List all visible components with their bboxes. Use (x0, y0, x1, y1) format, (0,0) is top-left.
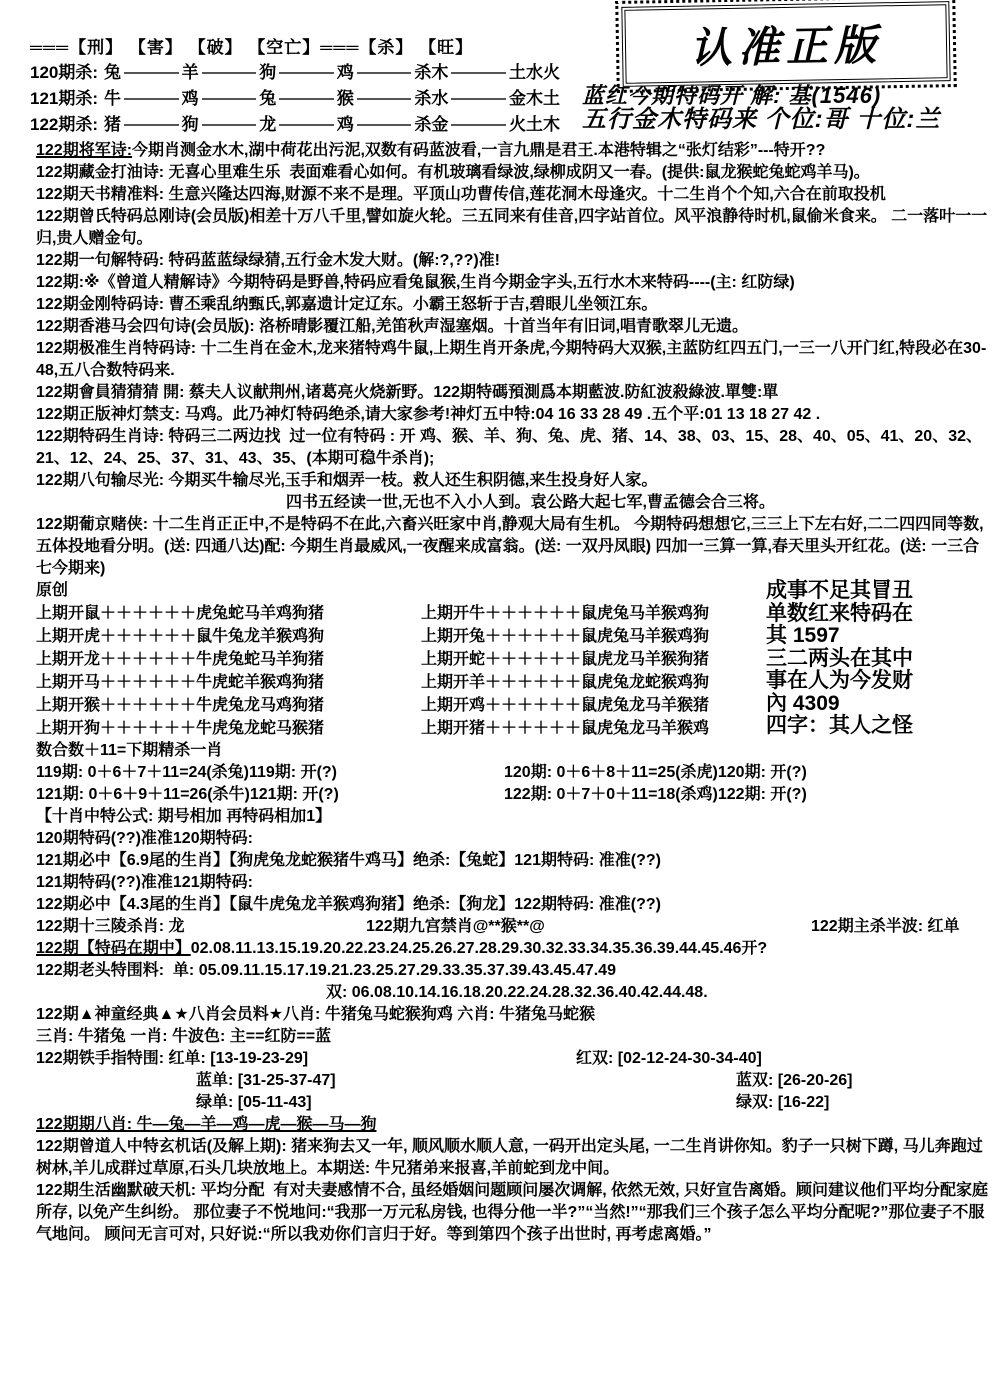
big-hint-line: 事在人为今发财 (766, 670, 990, 693)
baju-line: 122期八句输尽光: 今期买牛输尽光,玉手和烟弄一枝。救人还生积阴德,来生投身好… (36, 470, 990, 492)
life-humor-paragraph: 122期生活幽默破天机: 平均分配 有对夫妻感情不合, 虽经婚姻问题顾问屡次调解… (36, 1180, 990, 1246)
iron-cell: 红双: [02-12-24-30-34-40] (576, 1048, 762, 1070)
open-cell: 上期开马＋＋＋＋＋＋牛虎蛇羊猴鸡狗猪 (36, 671, 421, 694)
rule-line (124, 98, 179, 100)
big-hint-line: 单数红来特码在 (766, 603, 990, 626)
zengdaoren-mystery-paragraph: 122期曾道人中特玄机话(及解上期): 猪来狗去又一年, 顺风顺水顺人意, 一码… (36, 1136, 990, 1180)
kill-item: 狗 (259, 60, 276, 86)
hk-jockey-poem-line: 122期香港马会四句诗(会员版): 洛桥晴影覆江船,羌笛秋声湿塞烟。十首当年有旧… (36, 316, 990, 338)
open-cell: 上期开鸡＋＋＋＋＋＋鼠虎兔龙马羊猴猪 (421, 694, 766, 717)
iron-row: 122期铁手指特围: 红单: [13-19-23-29] 红双: [02-12-… (36, 1048, 990, 1070)
bizhong-122-line: 122期必中【4.3尾的生肖】【鼠牛虎兔龙羊猴鸡狗猪】绝杀:【狗龙】122期特码… (36, 894, 990, 916)
open-cell: 上期开兔＋＋＋＋＋＋鼠虎兔马羊猴鸡狗 (421, 625, 766, 648)
kill-item: 狗 (182, 112, 199, 138)
formula-cell: 119期: 0＋6＋7＋11=24(杀兔)119期: 开(?) (36, 762, 504, 784)
tema-121-line: 121期特码(??)准准121期特码: (36, 872, 990, 894)
kill-item: 金木土 (509, 86, 560, 112)
half-wave-cell: 122期主杀半波: 红单 (811, 916, 959, 938)
jiugong-cell: 122期九宫禁肖@**猴**@ (366, 916, 811, 938)
sum-formula-title: 数合数＋11=下期精杀一肖 (36, 740, 990, 762)
original-label: 原创 (36, 580, 766, 602)
kill-item: 杀水 (414, 86, 448, 112)
shentong-line: 122期▲神童经典▲★八肖会员料★八肖: 牛猪兔马蛇猴狗鸡 六肖: 牛猪兔马蛇猴 (36, 1004, 990, 1026)
tip-sheet-page: ═══【刑】 【害】 【破】 【空亡】═══【杀】 【旺】 120期杀: 兔 羊… (0, 0, 996, 1388)
open-cell: 上期开猴＋＋＋＋＋＋牛虎兔龙马鸡狗猪 (36, 694, 421, 717)
shendeng-line: 122期正版神灯禁支: 马鸡。此乃神灯特码绝杀,请大家参考!神灯五中特:04 1… (36, 404, 990, 426)
kill-row-122: 122期杀: 猪 狗 龙 鸡 杀金 火土木 (30, 112, 560, 138)
kill-item: 牛 (104, 86, 121, 112)
big-hint-line: 內 4309 (766, 693, 990, 716)
iron-cell: 绿双: [16-22] (736, 1092, 829, 1114)
rule-line (202, 124, 257, 126)
tianshu-line: 122期天书精准料: 生意兴隆达四海,财源不来不是理。平顶山功曹传信,莲花洞木母… (36, 184, 990, 206)
ten-xiao-formula-line: 【十肖中特公式: 期号相加 再特码相加1】 (36, 806, 990, 828)
line-prefix: 122期【特码在期中】 (36, 940, 191, 957)
rule-line (451, 72, 506, 74)
jingang-poem-line: 122期金刚特码诗: 曹丕乘乱纳甄氏,郭嘉遗计定辽东。小霸王怒斩于吉,碧眼儿坐领… (36, 294, 990, 316)
original-block: 原创 上期开鼠＋＋＋＋＋＋虎兔蛇马羊鸡狗猪上期开牛＋＋＋＋＋＋鼠虎兔马羊猴鸡狗 … (36, 580, 990, 740)
kill-item: 火土木 (509, 112, 560, 138)
open-row: 上期开鼠＋＋＋＋＋＋虎兔蛇马羊鸡狗猪上期开牛＋＋＋＋＋＋鼠虎兔马羊猴鸡狗 (36, 602, 766, 625)
line-text: 今期肖测金水木,湖中荷花出污泥,双数有码蓝波看,一言九鼎是君王.本港特辑之“张灯… (132, 142, 825, 159)
rule-line (202, 98, 257, 100)
line-text: 02.08.11.13.15.19.20.22.23.24.25.26.27.2… (191, 940, 768, 957)
baju-line-2: 四书五经读一世,无也不入小人到。袁公路大起七军,曹孟德会合三将。 (36, 492, 990, 514)
kill-item: 鸡 (337, 60, 354, 86)
triple-row: 122期十三陵杀肖: 龙 122期九宫禁肖@**猴**@ 122期主杀半波: 红… (36, 916, 990, 938)
rule-line (451, 124, 506, 126)
iron-cell: 蓝单: [31-25-37-47] (36, 1070, 736, 1092)
handwritten-line-1: 蓝红今期特码开 解: 基(1546) (582, 84, 992, 108)
rule-line (279, 72, 334, 74)
iron-cell: 122期铁手指特围: 红单: [13-19-23-29] (36, 1048, 576, 1070)
cangjin-poem-line: 122期藏金打油诗: 无喜心里难生乐 表面难看心如何。有机玻璃看绿波,绿柳成阴又… (36, 162, 990, 184)
kill-table-header: ═══【刑】 【害】 【破】 【空亡】═══【杀】 【旺】 (30, 36, 560, 60)
main-content: 122期将军诗:今期肖测金水木,湖中荷花出污泥,双数有码蓝波看,一言九鼎是君王.… (0, 138, 996, 1246)
rule-line (124, 124, 179, 126)
open-row: 上期开龙＋＋＋＋＋＋牛虎兔蛇马羊狗猪上期开蛇＋＋＋＋＋＋鼠虎龙马羊猴狗猪 (36, 648, 766, 671)
rule-line (357, 98, 412, 100)
kill-item: 龙 (259, 112, 276, 138)
big-hint-block: 成事不足其冒丑 单数红来特码在 其 1597 三二两头在其中 事在人为今发财 內… (766, 580, 990, 738)
open-cell: 上期开龙＋＋＋＋＋＋牛虎兔蛇马羊狗猪 (36, 648, 421, 671)
laotou-even-line: 双: 06.08.10.14.16.18.20.22.24.28.32.36.4… (36, 982, 990, 1004)
big-hint-line: 四字：其人之怪 (766, 715, 990, 738)
kill-item: 兔 (259, 86, 276, 112)
formula-cell: 121期: 0＋6＋9＋11=26(杀牛)121期: 开(?) (36, 784, 504, 806)
authentic-seal: 认准正版 (621, 1, 950, 87)
member-guess-line: 122期會員猜猜猜 開: 蔡夫人议献荆州,诸葛亮火烧新野。122期特碼預測爲本期… (36, 382, 990, 404)
kill-item: 兔 (104, 60, 121, 86)
formula-cell: 120期: 0＋6＋8＋11=25(杀虎)120期: 开(?) (504, 762, 807, 784)
seal-text: 认准正版 (690, 21, 883, 71)
rule-line (357, 124, 412, 126)
laotou-odd-line: 122期老头特围料: 单: 05.09.11.15.17.19.21.23.25… (36, 960, 990, 982)
one-sentence-line: 122期一句解特码: 特码蓝蓝绿绿猜,五行金木发大财。(解:?,??)准! (36, 250, 990, 272)
kill-row-label: 121期杀: (30, 86, 98, 112)
formula-cell: 122期: 0＋7＋0＋11=18(杀鸡)122期: 开(?) (504, 784, 807, 806)
big-hint-line: 三二两头在其中 (766, 648, 990, 671)
sanxiao-line: 三肖: 牛猪兔 一肖: 牛波色: 主==红防==蓝 (36, 1026, 990, 1048)
formula-row: 119期: 0＋6＋7＋11=24(杀兔)119期: 开(?) 120期: 0＋… (36, 762, 990, 784)
rule-line (279, 124, 334, 126)
kill-item: 杀木 (414, 60, 448, 86)
open-row: 上期开猴＋＋＋＋＋＋牛虎兔龙马鸡狗猪上期开鸡＋＋＋＋＋＋鼠虎兔龙马羊猴猪 (36, 694, 766, 717)
kill-item: 鸡 (182, 86, 199, 112)
kill-row-120: 120期杀: 兔 羊 狗 鸡 杀木 土水火 (30, 60, 560, 86)
iron-row: 蓝单: [31-25-37-47] 蓝双: [26-20-26] (36, 1070, 990, 1092)
in-period-line: 122期【特码在期中】02.08.11.13.15.19.20.22.23.24… (36, 938, 990, 960)
jizhun-shengxiao-line: 122期极准生肖特码诗: 十二生肖在金木,龙来猪特鸡牛鼠,上期生肖开条虎,今期特… (36, 338, 990, 382)
zengdaoren-line: 122期:※《曾道人精解诗》今期特码是野兽,特码应看兔鼠猴,生肖今期金字头,五行… (36, 272, 990, 294)
kill-item: 鸡 (337, 112, 354, 138)
top-header: ═══【刑】 【害】 【破】 【空亡】═══【杀】 【旺】 120期杀: 兔 羊… (0, 0, 996, 138)
iron-finger-block: 122期铁手指特围: 红单: [13-19-23-29] 红双: [02-12-… (36, 1048, 990, 1114)
big-hint-line: 其 1597 (766, 625, 990, 648)
open-cell: 上期开蛇＋＋＋＋＋＋鼠虎龙马羊猴狗猪 (421, 648, 766, 671)
open-cell: 上期开羊＋＋＋＋＋＋鼠虎兔龙蛇猴鸡狗 (421, 671, 766, 694)
open-cell: 上期开猪＋＋＋＋＋＋鼠虎兔龙马羊猴鸡 (421, 717, 766, 740)
rule-line (124, 72, 179, 74)
open-cell: 上期开虎＋＋＋＋＋＋鼠牛兔龙羊猴鸡狗 (36, 625, 421, 648)
rule-line (357, 72, 412, 74)
iron-row: 绿单: [05-11-43] 绿双: [16-22] (36, 1092, 990, 1114)
formula-row: 121期: 0＋6＋9＋11=26(杀牛)121期: 开(?) 122期: 0＋… (36, 784, 990, 806)
handwritten-line-2: 五行金木特码来 个位:哥 十位:兰 (582, 108, 992, 132)
rule-line (451, 98, 506, 100)
open-row: 上期开马＋＋＋＋＋＋牛虎蛇羊猴鸡狗猪上期开羊＋＋＋＋＋＋鼠虎兔龙蛇猴鸡狗 (36, 671, 766, 694)
kill-item: 猴 (337, 86, 354, 112)
kill-item: 杀金 (414, 112, 448, 138)
pujing-line: 122期葡京赌侠: 十二生肖正正中,不是特码不在此,六畜兴旺家中肖,静观大局有生… (36, 514, 990, 580)
iron-cell: 蓝双: [26-20-26] (736, 1070, 852, 1092)
stamp-area: 认准正版 蓝红今期特码开 解: 基(1546) 五行金木特码来 个位:哥 十位:… (582, 4, 992, 132)
zengshi-line: 122期曾氏特码总刚诗(会员版)相差十万八千里,譬如旋火轮。三五同来有佳音,四字… (36, 206, 990, 250)
open-row: 上期开狗＋＋＋＋＋＋牛虎兔龙蛇马猴猪上期开猪＋＋＋＋＋＋鼠虎兔龙马羊猴鸡 (36, 717, 766, 740)
open-cell: 上期开牛＋＋＋＋＋＋鼠虎兔马羊猴鸡狗 (421, 602, 766, 625)
tema-shengxiao-line: 122期特码生肖诗: 特码三二两边找 过一位有特码 : 开 鸡、猴、羊、狗、兔、… (36, 426, 990, 470)
line-prefix: 122期将军诗: (36, 142, 132, 159)
kill-item: 羊 (182, 60, 199, 86)
kill-item: 土水火 (509, 60, 560, 86)
kill-item: 猪 (104, 112, 121, 138)
open-row: 上期开虎＋＋＋＋＋＋鼠牛兔龙羊猴鸡狗上期开兔＋＋＋＋＋＋鼠虎兔马羊猴鸡狗 (36, 625, 766, 648)
big-hint-line: 成事不足其冒丑 (766, 580, 990, 603)
open-cell: 上期开狗＋＋＋＋＋＋牛虎兔龙蛇马猴猪 (36, 717, 421, 740)
open-cell: 上期开鼠＋＋＋＋＋＋虎兔蛇马羊鸡狗猪 (36, 602, 421, 625)
original-left: 原创 上期开鼠＋＋＋＋＋＋虎兔蛇马羊鸡狗猪上期开牛＋＋＋＋＋＋鼠虎兔马羊猴鸡狗 … (36, 580, 766, 740)
tema-120-line: 120期特码(??)准准120期特码: (36, 828, 990, 850)
rule-line (202, 72, 257, 74)
thirteen-tombs-cell: 122期十三陵杀肖: 龙 (36, 916, 366, 938)
kill-row-label: 120期杀: (30, 60, 98, 86)
eight-xiao-line: 122期期八肖: 牛—兔—羊—鸡—虎—猴—马—狗 (36, 1114, 990, 1136)
iron-cell: 绿单: [05-11-43] (36, 1092, 736, 1114)
kill-row-121: 121期杀: 牛 鸡 兔 猴 杀水 金木土 (30, 86, 560, 112)
general-poem-line: 122期将军诗:今期肖测金水木,湖中荷花出污泥,双数有码蓝波看,一言九鼎是君王.… (36, 140, 990, 162)
kill-row-label: 122期杀: (30, 112, 98, 138)
kill-table: ═══【刑】 【害】 【破】 【空亡】═══【杀】 【旺】 120期杀: 兔 羊… (30, 36, 560, 138)
bizhong-121-line: 121期必中【6.9尾的生肖】【狗虎兔龙蛇猴猪牛鸡马】绝杀:【兔蛇】121期特码… (36, 850, 990, 872)
rule-line (279, 98, 334, 100)
